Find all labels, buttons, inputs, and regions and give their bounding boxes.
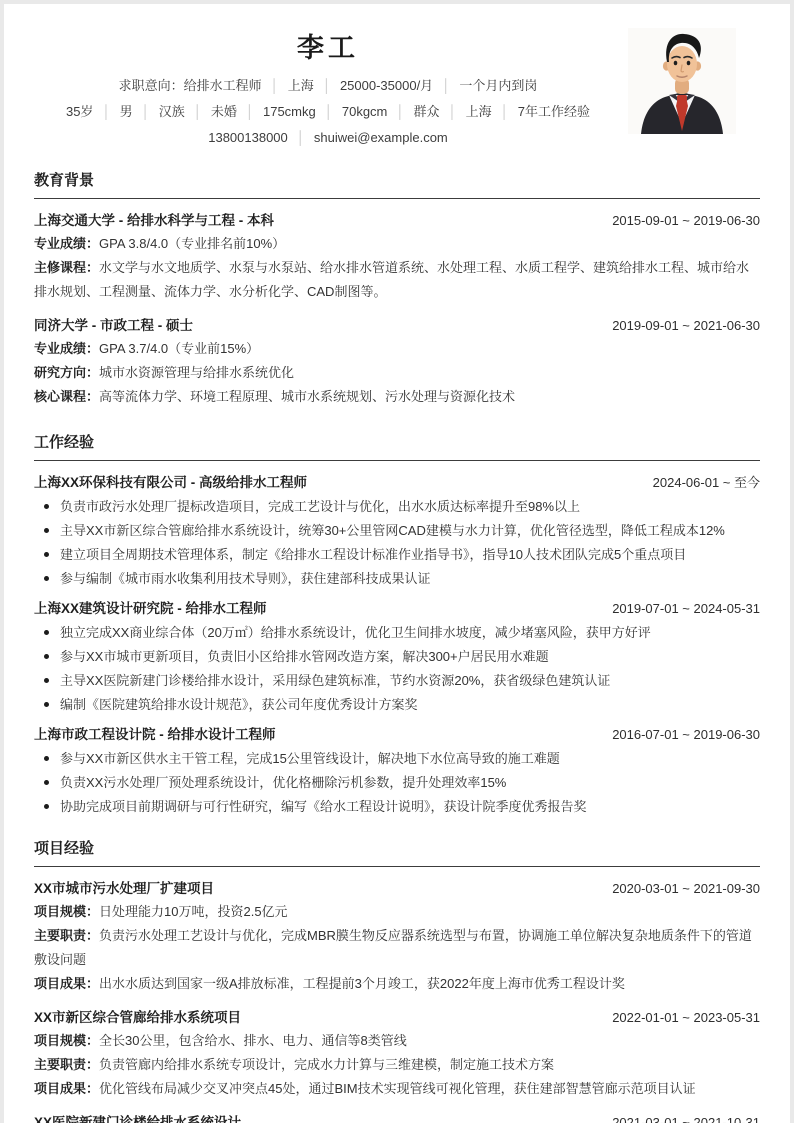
education-section-title: 教育背景: [34, 171, 760, 199]
project-entry: XX市新区综合管廊给排水系统项目 2022-01-01 ~ 2023-05-31…: [34, 1009, 760, 1101]
age: 35岁: [66, 104, 93, 119]
work-date-range: 2016-07-01 ~ 2019-06-30: [612, 726, 760, 743]
school-degree-title: 同济大学 - 市政工程 - 硕士: [34, 317, 193, 334]
bullet-item: 主导XX医院新建门诊楼给排水设计，采用绿色建筑标准，节约水资源20%，获省级绿色…: [34, 672, 760, 689]
divider: │: [442, 78, 450, 93]
project-scale-field: 项目规模：日处理能力10万吨，投资2.5亿元: [34, 900, 760, 924]
courses-field: 核心课程：高等流体力学、环境工程原理、城市水系统规划、污水处理与资源化技术: [34, 385, 760, 409]
project-result-field: 项目成果：出水水质达到国家一级A排放标准，工程提前3个月竣工，获2022年度上海…: [34, 972, 760, 996]
divider: │: [297, 130, 305, 145]
years-experience: 7年工作经验: [518, 104, 590, 119]
divider: │: [142, 104, 150, 119]
bullet-item: 协助完成项目前期调研与可行性研究，编写《给水工程设计说明》，获设计院季度优秀报告…: [34, 798, 760, 815]
gpa-field: 专业成绩：GPA 3.7/4.0（专业前15%）: [34, 337, 760, 361]
ethnicity: 汉族: [159, 104, 185, 119]
avatar-illustration: [628, 28, 736, 134]
divider: │: [501, 104, 509, 119]
work-entry: 上海市政工程设计院 - 给排水设计工程师 2016-07-01 ~ 2019-0…: [34, 726, 760, 815]
project-entry: XX医院新建门诊楼给排水系统设计 2021-03-01 ~ 2021-10-31: [34, 1114, 760, 1123]
gpa-field: 专业成绩：GPA 3.8/4.0（专业排名前10%）: [34, 232, 760, 256]
resume-header: 李工 求职意向：给排水工程师│上海│25000-35000/月│一个月内到岗 3…: [34, 28, 760, 147]
company-role-title: 上海市政工程设计院 - 给排水设计工程师: [34, 726, 276, 743]
resume-page: 李工 求职意向：给排水工程师│上海│25000-35000/月│一个月内到岗 3…: [4, 4, 790, 1123]
projects-section: 项目经验 XX市城市污水处理厂扩建项目 2020-03-01 ~ 2021-09…: [34, 839, 760, 1123]
job-intent-line: 求职意向：给排水工程师│上海│25000-35000/月│一个月内到岗: [34, 77, 622, 95]
project-date-range: 2022-01-01 ~ 2023-05-31: [612, 1009, 760, 1026]
divider: │: [102, 104, 110, 119]
expected-salary: 25000-35000/月: [340, 78, 433, 93]
divider: │: [449, 104, 457, 119]
divider: │: [271, 78, 279, 93]
header-text-block: 李工 求职意向：给排水工程师│上海│25000-35000/月│一个月内到岗 3…: [34, 28, 622, 147]
divider: │: [325, 104, 333, 119]
education-date-range: 2019-09-01 ~ 2021-06-30: [612, 317, 760, 334]
personal-info-line: 35岁│男│汉族│未婚│175cmkg│70kgcm│群众│上海│7年工作经验: [34, 103, 622, 121]
research-field: 研究方向：城市水资源管理与给排水系统优化: [34, 361, 760, 385]
bullet-item: 参与XX市城市更新项目，负责旧小区给排水管网改造方案，解决300+户居民用水难题: [34, 648, 760, 665]
school-degree-title: 上海交通大学 - 给排水科学与工程 - 本科: [34, 212, 274, 229]
bullet-item: 负责市政污水处理厂提标改造项目，完成工艺设计与优化，出水水质达标率提升至98%以…: [34, 498, 760, 515]
divider: │: [396, 104, 404, 119]
email-address: shuiwei@example.com: [314, 130, 448, 145]
courses-field: 主修课程：水文学与水文地质学、水泵与水泵站、给水排水管道系统、水处理工程、水质工…: [34, 256, 760, 304]
divider: │: [323, 78, 331, 93]
bullet-item: 主导XX市新区综合管廊给排水系统设计，统筹30+公里管网CAD建模与水力计算，优…: [34, 522, 760, 539]
project-title: XX市城市污水处理厂扩建项目: [34, 880, 214, 897]
divider: │: [194, 104, 202, 119]
height: 175cmkg: [263, 104, 316, 119]
work-date-range: 2019-07-01 ~ 2024-05-31: [612, 600, 760, 617]
gender: 男: [120, 104, 133, 119]
company-role-title: 上海XX建筑设计研究院 - 给排水工程师: [34, 600, 267, 617]
weight: 70kgcm: [342, 104, 388, 119]
work-section-title: 工作经验: [34, 433, 760, 461]
education-entry: 同济大学 - 市政工程 - 硕士 2019-09-01 ~ 2021-06-30…: [34, 317, 760, 409]
political-status: 群众: [414, 104, 440, 119]
company-role-title: 上海XX环保科技有限公司 - 高级给排水工程师: [34, 474, 307, 491]
projects-section-title: 项目经验: [34, 839, 760, 867]
availability: 一个月内到岗: [459, 78, 537, 93]
contact-line: 13800138000│shuiwei@example.com: [34, 129, 622, 147]
work-section: 工作经验 上海XX环保科技有限公司 - 高级给排水工程师 2024-06-01 …: [34, 433, 760, 815]
education-date-range: 2015-09-01 ~ 2019-06-30: [612, 212, 760, 229]
bullet-item: 建立项目全周期技术管理体系，制定《给排水工程设计标准作业指导书》，指导10人技术…: [34, 546, 760, 563]
profile-photo: [628, 28, 736, 134]
marital-status: 未婚: [211, 104, 237, 119]
bullet-item: 编制《医院建筑给排水设计规范》，获公司年度优秀设计方案奖: [34, 696, 760, 713]
project-entry: XX市城市污水处理厂扩建项目 2020-03-01 ~ 2021-09-30 项…: [34, 880, 760, 996]
divider: │: [246, 104, 254, 119]
bullet-item: 参与编制《城市雨水收集利用技术导则》，获住建部科技成果认证: [34, 570, 760, 587]
work-entry: 上海XX环保科技有限公司 - 高级给排水工程师 2024-06-01 ~ 至今 …: [34, 474, 760, 587]
project-duty-field: 主要职责：负责污水处理工艺设计与优化，完成MBR膜生物反应器系统选型与布置，协调…: [34, 924, 760, 972]
project-date-range: 2021-03-01 ~ 2021-10-31: [612, 1114, 760, 1123]
education-section: 教育背景 上海交通大学 - 给排水科学与工程 - 本科 2015-09-01 ~…: [34, 171, 760, 409]
target-city: 上海: [288, 78, 314, 93]
project-title: XX医院新建门诊楼给排水系统设计: [34, 1114, 241, 1123]
work-entry: 上海XX建筑设计研究院 - 给排水工程师 2019-07-01 ~ 2024-0…: [34, 600, 760, 713]
project-duty-field: 主要职责：负责管廊内给排水系统专项设计，完成水力计算与三维建模，制定施工技术方案: [34, 1053, 760, 1077]
phone-number: 13800138000: [208, 130, 288, 145]
current-city: 上海: [466, 104, 492, 119]
bullet-item: 独立完成XX商业综合体（20万㎡）给排水系统设计，优化卫生间排水坡度，减少堵塞风…: [34, 624, 760, 641]
bullet-item: 参与XX市新区供水主干管工程，完成15公里管线设计，解决地下水位高导致的施工难题: [34, 750, 760, 767]
project-title: XX市新区综合管廊给排水系统项目: [34, 1009, 241, 1026]
work-date-range: 2024-06-01 ~ 至今: [653, 474, 760, 491]
bullet-item: 负责XX污水处理厂预处理系统设计，优化格栅除污机参数，提升处理效率15%: [34, 774, 760, 791]
project-date-range: 2020-03-01 ~ 2021-09-30: [612, 880, 760, 897]
job-intent: 求职意向：给排水工程师: [119, 78, 262, 93]
project-result-field: 项目成果：优化管线布局减少交叉冲突点45处，通过BIM技术实现管线可视化管理，获…: [34, 1077, 760, 1101]
education-entry: 上海交通大学 - 给排水科学与工程 - 本科 2015-09-01 ~ 2019…: [34, 212, 760, 304]
candidate-name: 李工: [34, 32, 622, 64]
project-scale-field: 项目规模：全长30公里，包含给水、排水、电力、通信等8类管线: [34, 1029, 760, 1053]
